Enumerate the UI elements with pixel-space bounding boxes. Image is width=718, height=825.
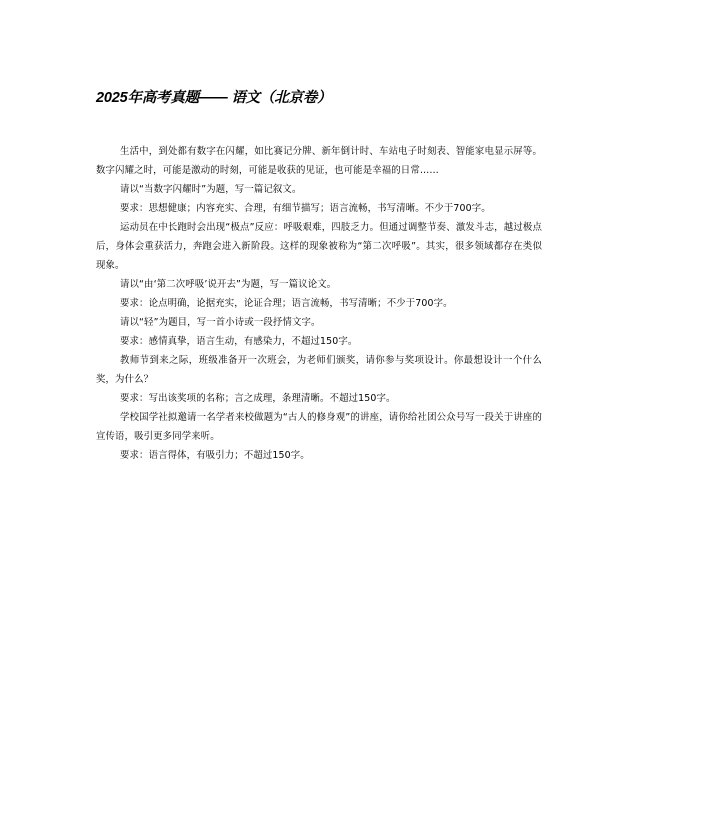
paragraph-award-requirements: 要求：写出该奖项的名称；言之成理，条理清晰。不超过150字。	[96, 389, 542, 408]
paragraph-essay1-material: 生活中，到处都有数字在闪耀，如比赛记分牌、新年倒计时、车站电子时刻表、智能家电显…	[96, 142, 542, 180]
paragraph-essay2-material: 运动员在中长跑时会出现“极点”反应：呼吸艰难，四肢乏力。但通过调整节奏、激发斗志…	[96, 218, 542, 275]
document-page: 2025年高考真题—— 语文（北京卷） 生活中，到处都有数字在闪耀，如比赛记分牌…	[96, 88, 542, 465]
paragraph-poem-prompt: 请以“轻”为题目，写一首小诗或一段抒情文字。	[96, 313, 542, 332]
paragraph-essay2-requirements: 要求：论点明确，论据充实，论证合理；语言流畅，书写清晰；不少于700字。	[96, 294, 542, 313]
document-title: 2025年高考真题—— 语文（北京卷）	[96, 88, 542, 108]
paragraph-lecture-requirements: 要求：语言得体，有吸引力；不超过150字。	[96, 446, 542, 465]
paragraph-lecture-prompt: 学校国学社拟邀请一名学者来校做题为“古人的修身观”的讲座，请你给社团公众号写一段…	[96, 408, 542, 446]
paragraph-essay2-prompt: 请以“由‘第二次呼吸’说开去”为题，写一篇议论文。	[96, 275, 542, 294]
paragraph-poem-requirements: 要求：感情真挚，语言生动，有感染力，不超过150字。	[96, 332, 542, 351]
paragraph-essay1-requirements: 要求：思想健康；内容充实、合理，有细节描写；语言流畅，书写清晰。不少于700字。	[96, 199, 542, 218]
paragraph-essay1-prompt: 请以“当数字闪耀时”为题，写一篇记叙文。	[96, 180, 542, 199]
document-body: 生活中，到处都有数字在闪耀，如比赛记分牌、新年倒计时、车站电子时刻表、智能家电显…	[96, 142, 542, 465]
paragraph-award-prompt: 教师节到来之际，班级准备开一次班会，为老师们颁奖，请你参与奖项设计。你最想设计一…	[96, 351, 542, 389]
